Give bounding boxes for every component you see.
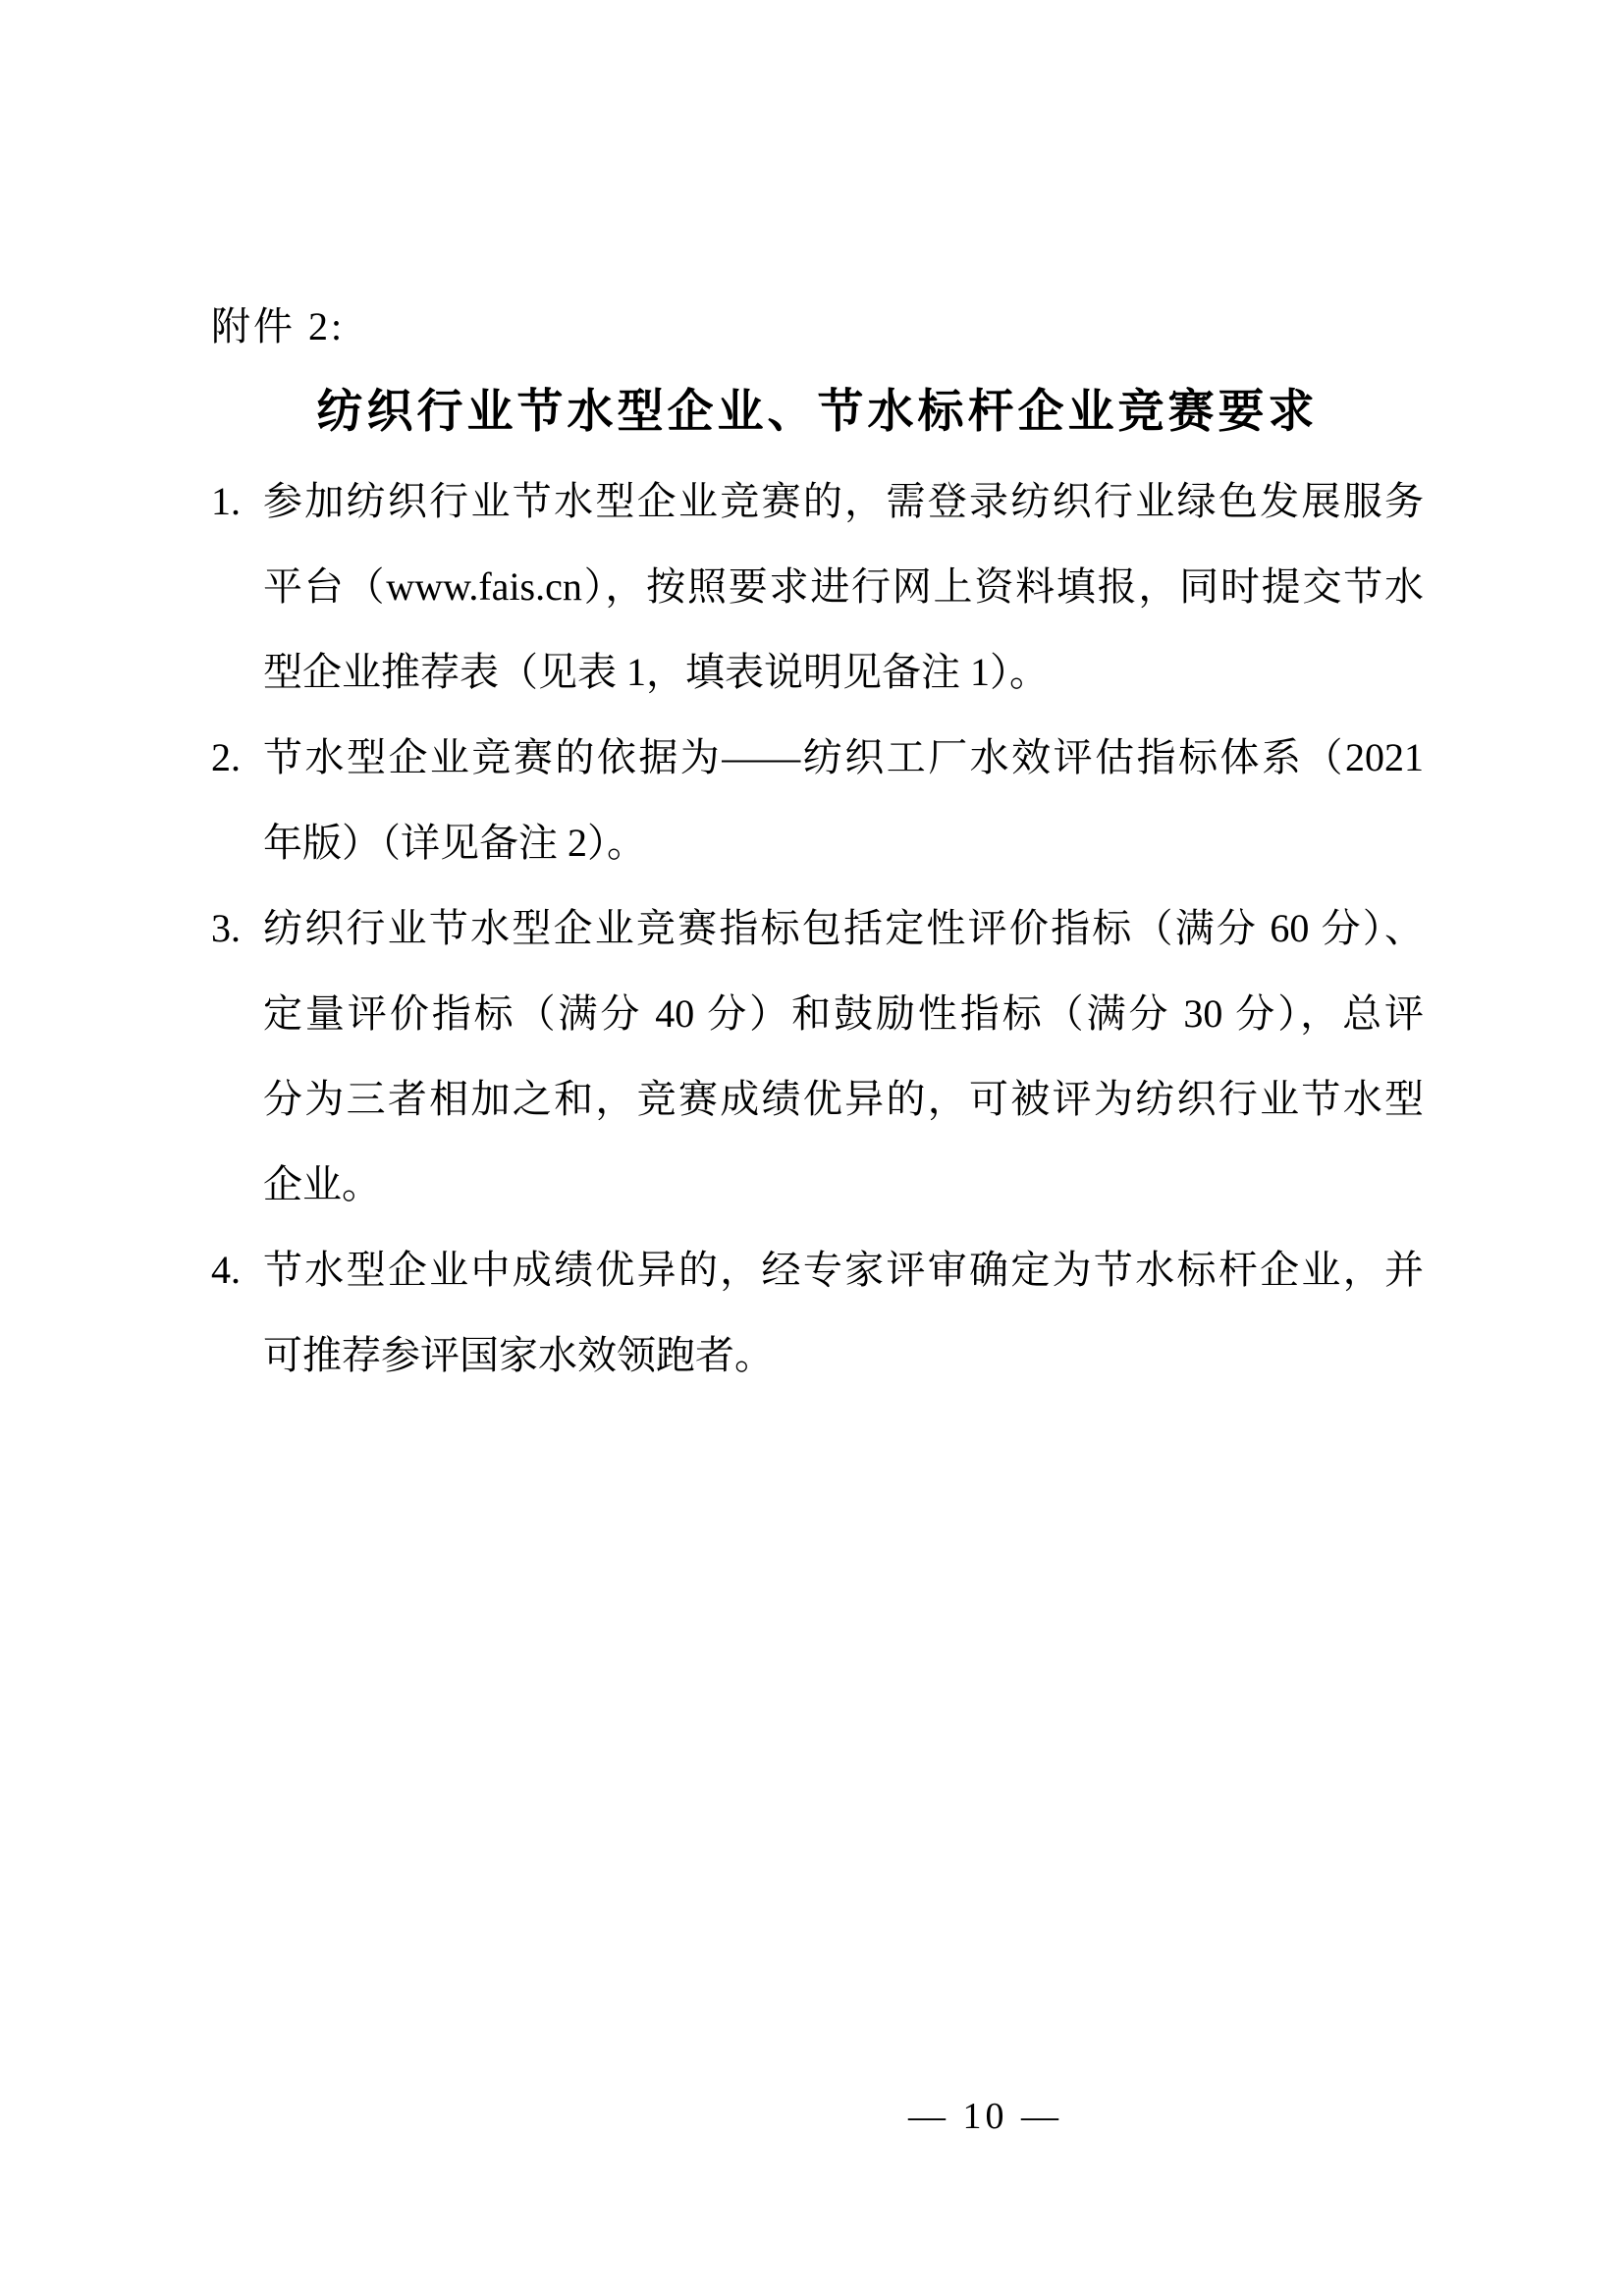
list-item: 4.节水型企业中成绩优异的，经专家评审确定为节水标杆企业，并可推荐参评国家水效领… [211,1227,1424,1398]
list-item-line: 节水型企业竞赛的依据为——纺织工厂水效评估指标体系（2021 [263,715,1424,800]
list-item: 2.节水型企业竞赛的依据为——纺织工厂水效评估指标体系（2021年版）（详见备注… [211,715,1424,885]
requirements-list: 1.参加纺织行业节水型企业竞赛的，需登录纺织行业绿色发展服务平台（www.fai… [211,458,1424,1398]
list-item-line: 纺织行业节水型企业竞赛指标包括定性评价指标（满分 60 分）、 [263,885,1424,971]
list-item-line: 企业。 [263,1142,1424,1227]
list-item-line: 定量评价指标（满分 40 分）和鼓励性指标（满分 30 分），总评 [263,971,1424,1056]
list-item: 1.参加纺织行业节水型企业竞赛的，需登录纺织行业绿色发展服务平台（www.fai… [211,458,1424,715]
page-title: 纺织行业节水型企业、节水标杆企业竞赛要求 [211,383,1424,442]
list-item-number: 3. [211,885,263,971]
list-item-line: 节水型企业中成绩优异的，经专家评审确定为节水标杆企业，并 [263,1227,1424,1312]
list-item-number: 1. [211,458,263,544]
list-item-line: 平台（www.fais.cn），按照要求进行网上资料填报，同时提交节水 [263,544,1424,629]
list-item: 3.纺织行业节水型企业竞赛指标包括定性评价指标（满分 60 分）、定量评价指标（… [211,885,1424,1227]
list-item-line: 参加纺织行业节水型企业竞赛的，需登录纺织行业绿色发展服务 [263,458,1424,544]
list-item-line: 可推荐参评国家水效领跑者。 [263,1312,1424,1398]
list-item-line: 分为三者相加之和，竞赛成绩优异的，可被评为纺织行业节水型 [263,1056,1424,1142]
list-item-line: 型企业推荐表（见表 1，填表说明见备注 1）。 [263,629,1424,715]
attachment-label: 附件 2: [211,304,345,349]
document-page: 附件 2: 纺织行业节水型企业、节水标杆企业竞赛要求 1.参加纺织行业节水型企业… [0,0,1624,2296]
list-item-line: 年版）（详见备注 2）。 [263,800,1424,885]
list-item-number: 4. [211,1227,263,1312]
page-number: — 10 — [908,2095,1062,2138]
list-item-number: 2. [211,715,263,800]
